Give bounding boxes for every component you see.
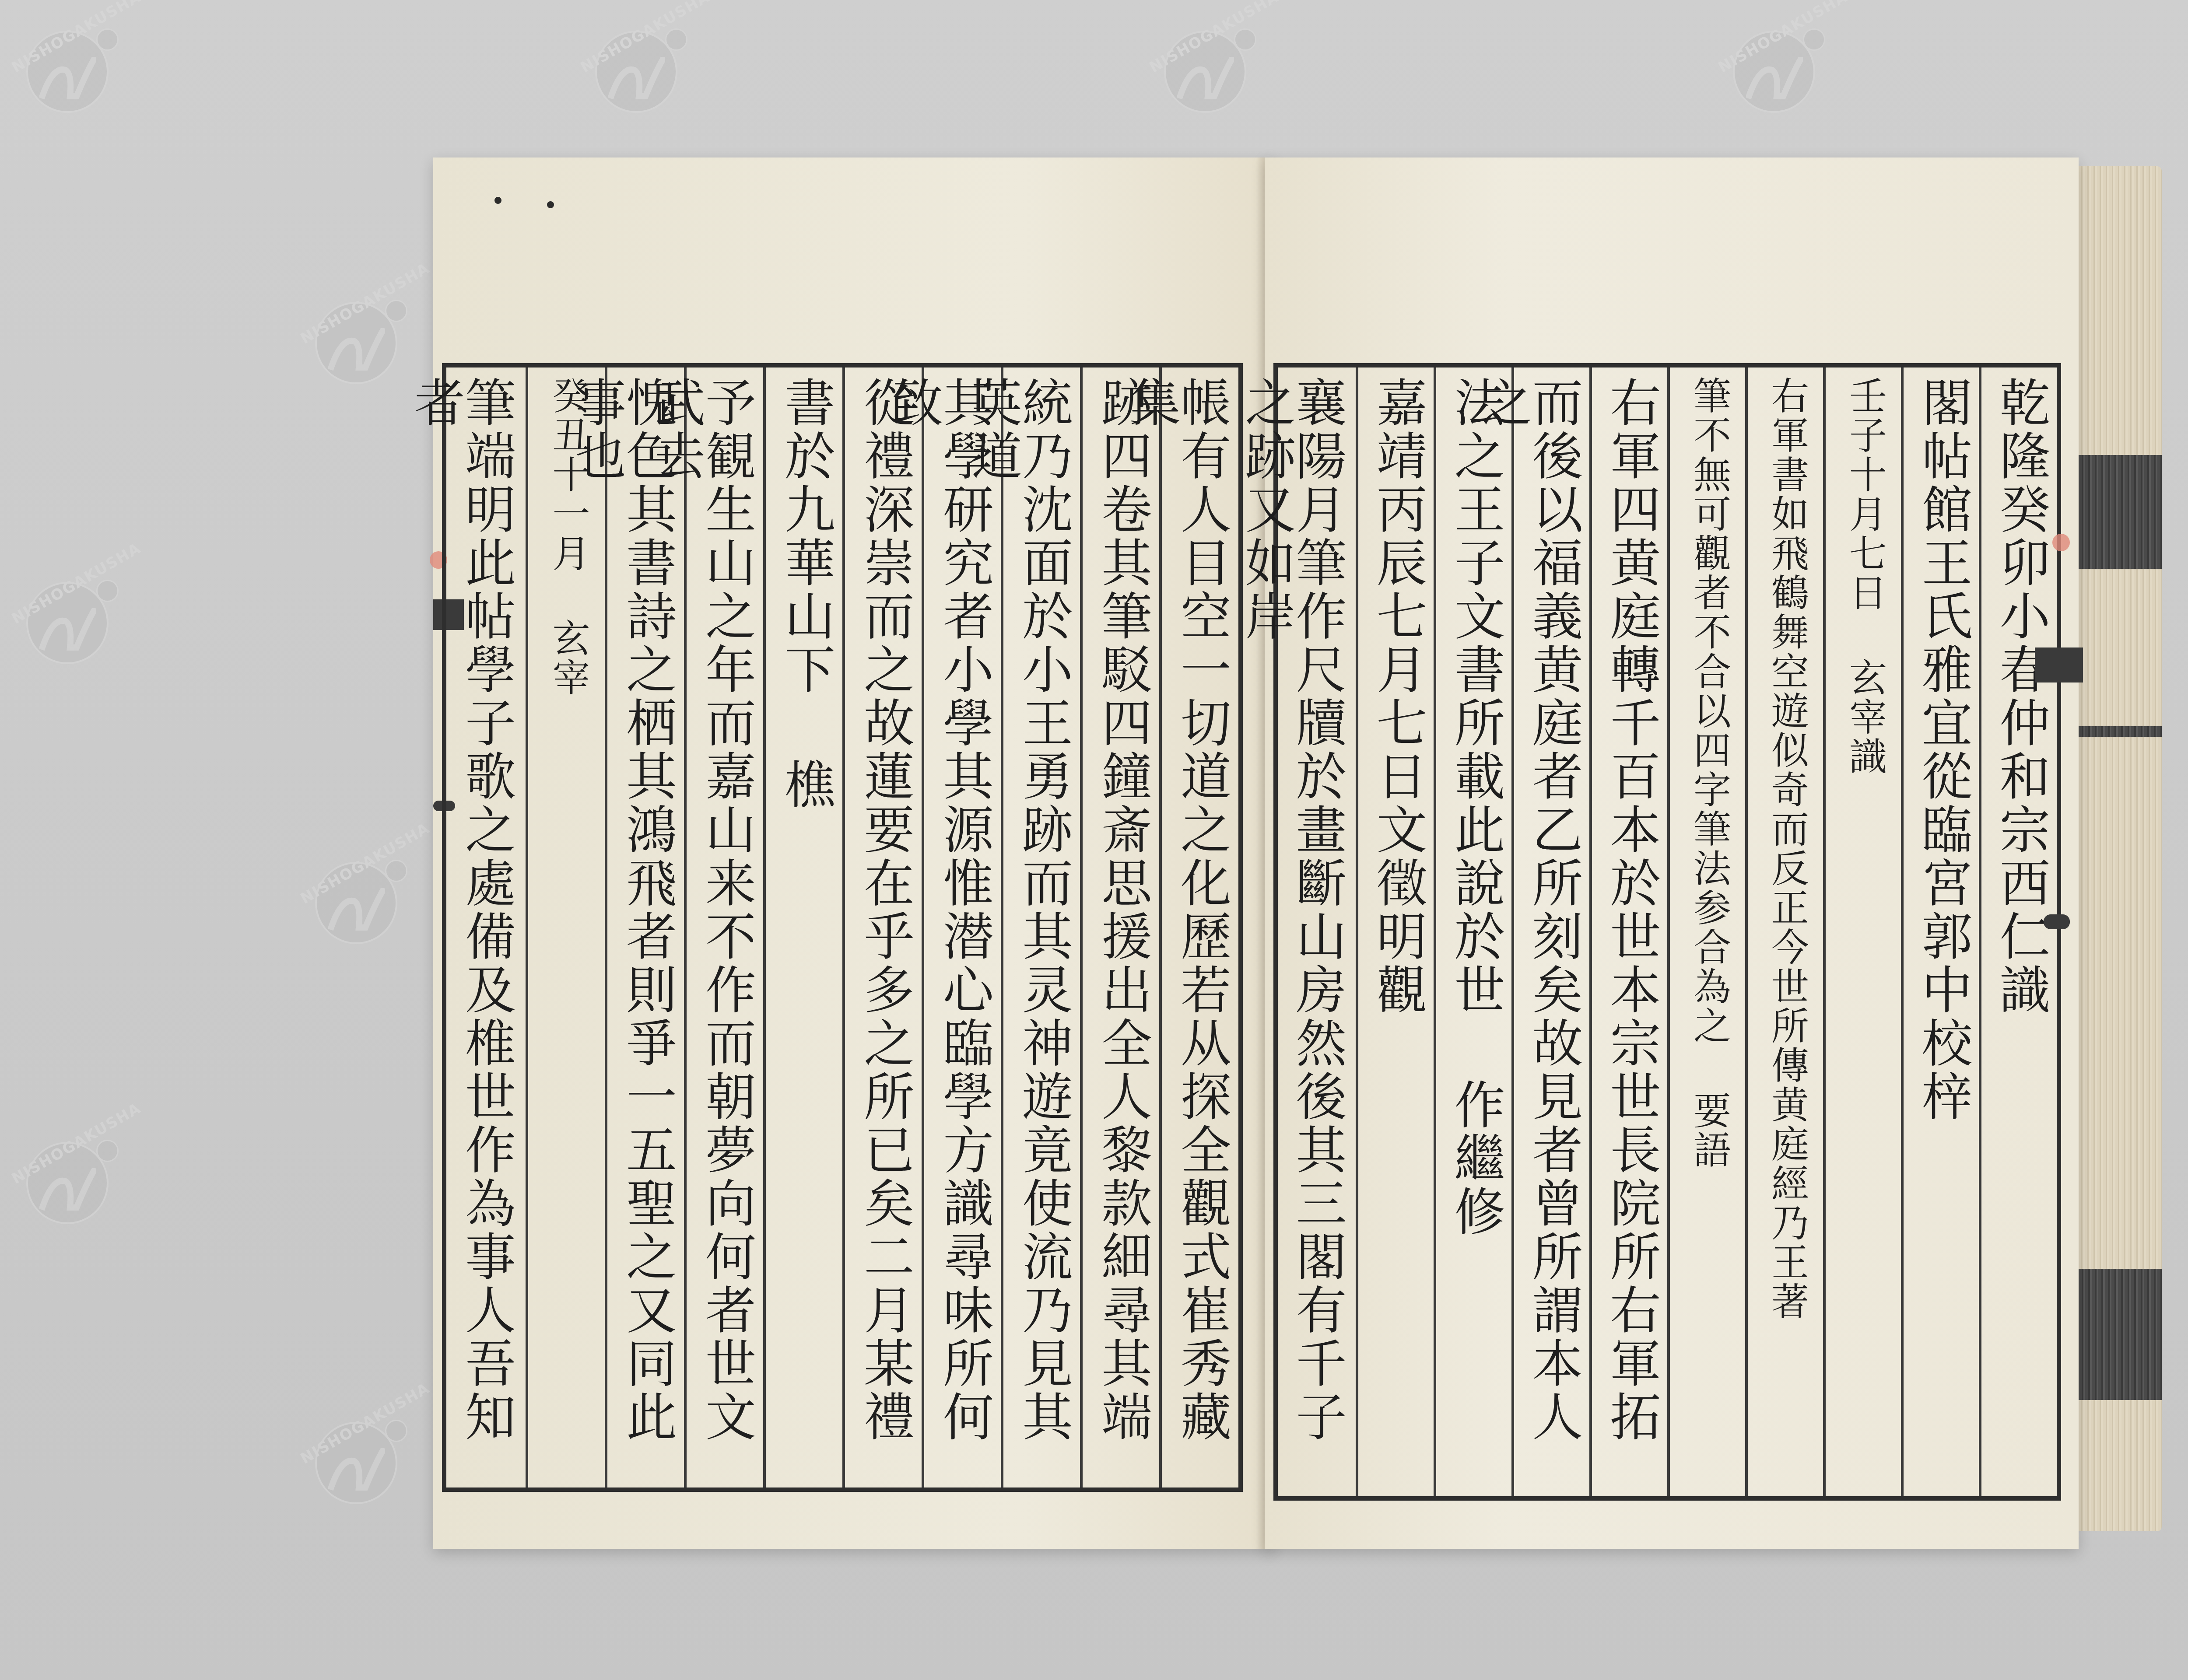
open-book: 帳有人目空一切道之化歷若从探全觀式崔秀藏集跡四卷其筆駁四鐘斎思援出全人黎款細尋其… — [433, 157, 2162, 1549]
left-page-text-column: 帳有人目空一切道之化歷若从探全觀式崔秀藏集 — [1159, 367, 1241, 1487]
watermark-n-mark-icon — [39, 608, 96, 652]
watermark-n-mark-icon — [328, 888, 385, 932]
column-text: 書於九華山下 樵 — [780, 376, 831, 812]
watermark-n-mark-icon — [608, 57, 665, 101]
watermark-dot-icon — [385, 300, 407, 322]
left-page-text-column: 從禮深崇而之故蓮要在乎多之所已矣二月某禮 — [842, 367, 924, 1487]
right-page-text-column: 法之王子文書所載此說於世 作繼修 — [1434, 367, 1514, 1496]
column-text: 法之王子文書所載此說於世 作繼修 — [1450, 376, 1501, 1239]
column-text: 右軍四黄庭轉千百本於世本宗世長院所右軍拓 — [1606, 376, 1656, 1444]
worm-hole — [494, 197, 501, 204]
nishogakusha-watermark-logo: NISHOGAKUSHA — [298, 280, 411, 385]
right-page-text-column: 右軍四黄庭轉千百本於世本宗世長院所右軍拓 — [1589, 367, 1670, 1496]
left-page-text-column: 愧色其書詩之栖其鴻飛者則爭一五聖之又同此事也 — [605, 367, 687, 1487]
right-page-text-column: 襄陽月筆作尺牘於畫斷山房然後其三閣有千子之跡又如岸 — [1278, 367, 1356, 1496]
nishogakusha-watermark-logo: NISHOGAKUSHA — [1715, 9, 1829, 114]
watermark-n-mark-icon — [39, 1168, 96, 1212]
watermark-n-mark-icon — [328, 328, 385, 372]
left-page-text-column: 筆端明此帖學子歌之處備及椎世作為事人吾知者 — [446, 367, 526, 1487]
nishogakusha-watermark-logo: NISHOGAKUSHA — [298, 840, 411, 945]
fore-edge-stripe — [2079, 726, 2162, 737]
block-margin-fishtail — [2035, 647, 2083, 682]
nishogakusha-watermark-logo: NISHOGAKUSHA — [9, 1120, 123, 1225]
left-page-columns: 帳有人目空一切道之化歷若从探全觀式崔秀藏集跡四卷其筆駁四鐘斎思援出全人黎款細尋其… — [446, 367, 1238, 1487]
right-page-text-column: 閣帖館王氏雅宜從臨宮郭中校梓 — [1901, 367, 1981, 1496]
column-text: 閣帖館王氏雅宜從臨宮郭中校梓 — [1917, 376, 1968, 1123]
nishogakusha-watermark-logo: NISHOGAKUSHA — [1147, 9, 1260, 114]
book-fore-edge — [2079, 166, 2162, 1531]
column-text: 壬子十月七日 玄宰識 — [1846, 376, 1883, 776]
left-page-text-column: 統乃沈面於小王勇跡而其灵神遊竟使流乃見其英道 — [1001, 367, 1083, 1487]
nishogakusha-watermark-logo: NISHOGAKUSHA — [578, 9, 691, 114]
left-page-text-column: 予観生山之年而嘉山来不作而朝夢向何者世文武去 — [684, 367, 766, 1487]
watermark-dot-icon — [665, 28, 687, 51]
watermark-dot-icon — [385, 860, 407, 882]
right-page-text-column: 嘉靖丙辰七月七日文徵明觀 — [1356, 367, 1436, 1496]
right-page: 乾隆癸卯小春仲和宗西仁識閣帖館王氏雅宜從臨宮郭中校梓壬子十月七日 玄宰識右軍書如… — [1265, 157, 2079, 1549]
column-text: 嘉靖丙辰七月七日文徵明觀 — [1372, 376, 1423, 1017]
watermark-n-mark-icon — [1177, 57, 1234, 101]
column-text: 從禮深崇而之故蓮要在乎多之所已矣二月某禮 — [859, 376, 910, 1444]
watermark-dot-icon — [385, 1420, 407, 1442]
watermark-n-mark-icon — [1746, 57, 1803, 101]
fore-edge-band-top — [2079, 455, 2162, 569]
right-page-text-column: 壬子十月七日 玄宰識 — [1823, 367, 1904, 1496]
left-page: 帳有人目空一切道之化歷若从探全觀式崔秀藏集跡四卷其筆駁四鐘斎思援出全人黎款細尋其… — [433, 157, 1273, 1549]
column-text: 襄陽月筆作尺牘於畫斷山房然後其三閣有千子之跡又如岸 — [1241, 376, 1342, 1496]
left-page-text-column: 跡四卷其筆駁四鐘斎思援出全人黎款細尋其端 — [1080, 367, 1162, 1487]
worm-hole — [547, 201, 554, 208]
column-text: 跡四卷其筆駁四鐘斎思援出全人黎款細尋其端 — [1097, 376, 1148, 1444]
left-page-text-column: 癸丑十一月 玄宰 — [526, 367, 607, 1487]
watermark-dot-icon — [96, 580, 119, 602]
fore-edge-band-bottom — [2079, 1269, 2162, 1400]
red-seal-mark — [2052, 534, 2070, 551]
right-page-text-column: 筆不無可觀者不合以四字筆法参合為之 要語 — [1667, 367, 1748, 1496]
column-text: 乾隆癸卯小春仲和宗西仁識 — [1995, 376, 2046, 1017]
right-page-columns: 乾隆癸卯小春仲和宗西仁識閣帖館王氏雅宜從臨宮郭中校梓壬子十月七日 玄宰識右軍書如… — [1278, 367, 2057, 1496]
watermark-dot-icon — [96, 28, 119, 51]
watermark-dot-icon — [96, 1140, 119, 1162]
left-page-text-column: 書於九華山下 樵 — [763, 367, 845, 1487]
watermark-dot-icon — [1234, 28, 1256, 51]
left-page-text-column: 其學研究者小學其源惟潜心臨學方識尋味所何致 — [922, 367, 1003, 1487]
right-page-text-column: 右軍書如飛鶴舞空遊似奇而反正今世所傳黄庭經乃王著 — [1745, 367, 1826, 1496]
watermark-dot-icon — [1803, 28, 1825, 51]
right-page-text-column: 乾隆癸卯小春仲和宗西仁識 — [1979, 367, 2059, 1496]
watermark-n-mark-icon — [328, 1448, 385, 1492]
watermark-n-mark-icon — [39, 57, 96, 101]
column-text: 右軍書如飛鶴舞空遊似奇而反正今世所傳黄庭經乃王著 — [1768, 376, 1806, 1321]
block-margin-mark — [2044, 914, 2070, 929]
left-page-frame: 帳有人目空一切道之化歷若从探全觀式崔秀藏集跡四卷其筆駁四鐘斎思援出全人黎款細尋其… — [442, 363, 1243, 1492]
column-text: 筆不無可觀者不合以四字筆法参合為之 要語 — [1690, 376, 1728, 1170]
right-page-frame: 乾隆癸卯小春仲和宗西仁識閣帖館王氏雅宜從臨宮郭中校梓壬子十月七日 玄宰識右軍書如… — [1273, 363, 2061, 1501]
column-text: 癸丑十一月 玄宰 — [549, 376, 587, 697]
nishogakusha-watermark-logo: NISHOGAKUSHA — [298, 1400, 411, 1505]
nishogakusha-watermark-logo: NISHOGAKUSHA — [9, 9, 123, 114]
nishogakusha-watermark-logo: NISHOGAKUSHA — [9, 560, 123, 665]
column-text: 筆端明此帖學子歌之處備及椎世作為事人吾知者 — [410, 376, 512, 1487]
right-page-text-column: 而後以福義黄庭者乙所刻矣故見者曾所謂本人之 — [1511, 367, 1592, 1496]
